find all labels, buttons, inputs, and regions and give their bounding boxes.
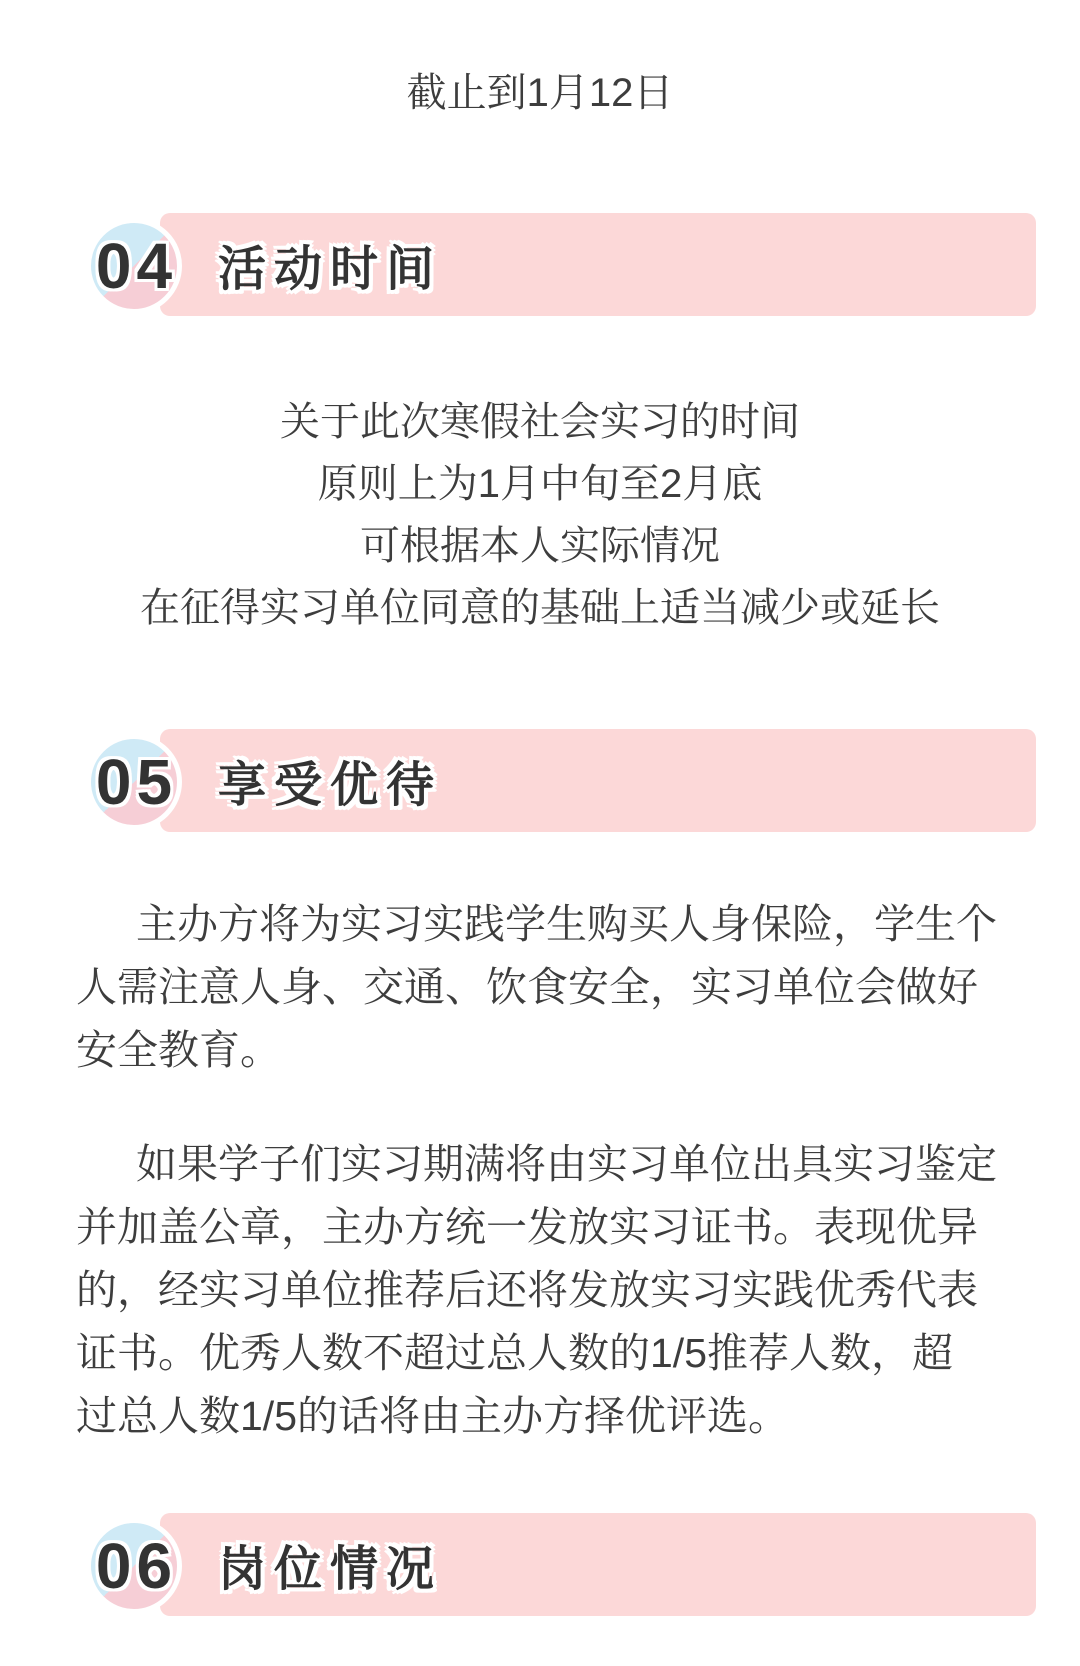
section-number-badge: 04 [86,218,182,314]
section-header-06: 06 岗位情况 [0,1513,1080,1625]
deadline-note: 截止到1月12日 [0,0,1080,118]
section-number: 04 [91,229,177,303]
section-header-05: 05 享受优待 [0,729,1080,841]
section-05-paragraph-1: 主办方将为实习实践学生购买人身保险，学生个 人需注意人身、交通、饮食安全，实习单… [0,893,1080,1082]
section-04-body: 关于此次寒假社会实习的时间 原则上为1月中旬至2月底 可根据本人实际情况 在征得… [0,391,1080,639]
section-number-badge: 05 [86,734,182,830]
section-number: 06 [91,1529,177,1603]
section-header-04: 04 活动时间 [0,213,1080,325]
article-page: 截止到1月12日 04 活动时间 关于此次寒假社会实习的时间 原则上为1月中旬至… [0,0,1080,1666]
section-title: 活动时间 [218,213,442,316]
section-05-paragraph-2: 如果学子们实习期满将由实习单位出具实习鉴定 并加盖公章，主办方统一发放实习证书。… [0,1133,1080,1448]
section-number: 05 [91,745,177,819]
section-title: 岗位情况 [218,1513,442,1616]
section-number-badge: 06 [86,1518,182,1614]
section-title: 享受优待 [218,729,442,832]
